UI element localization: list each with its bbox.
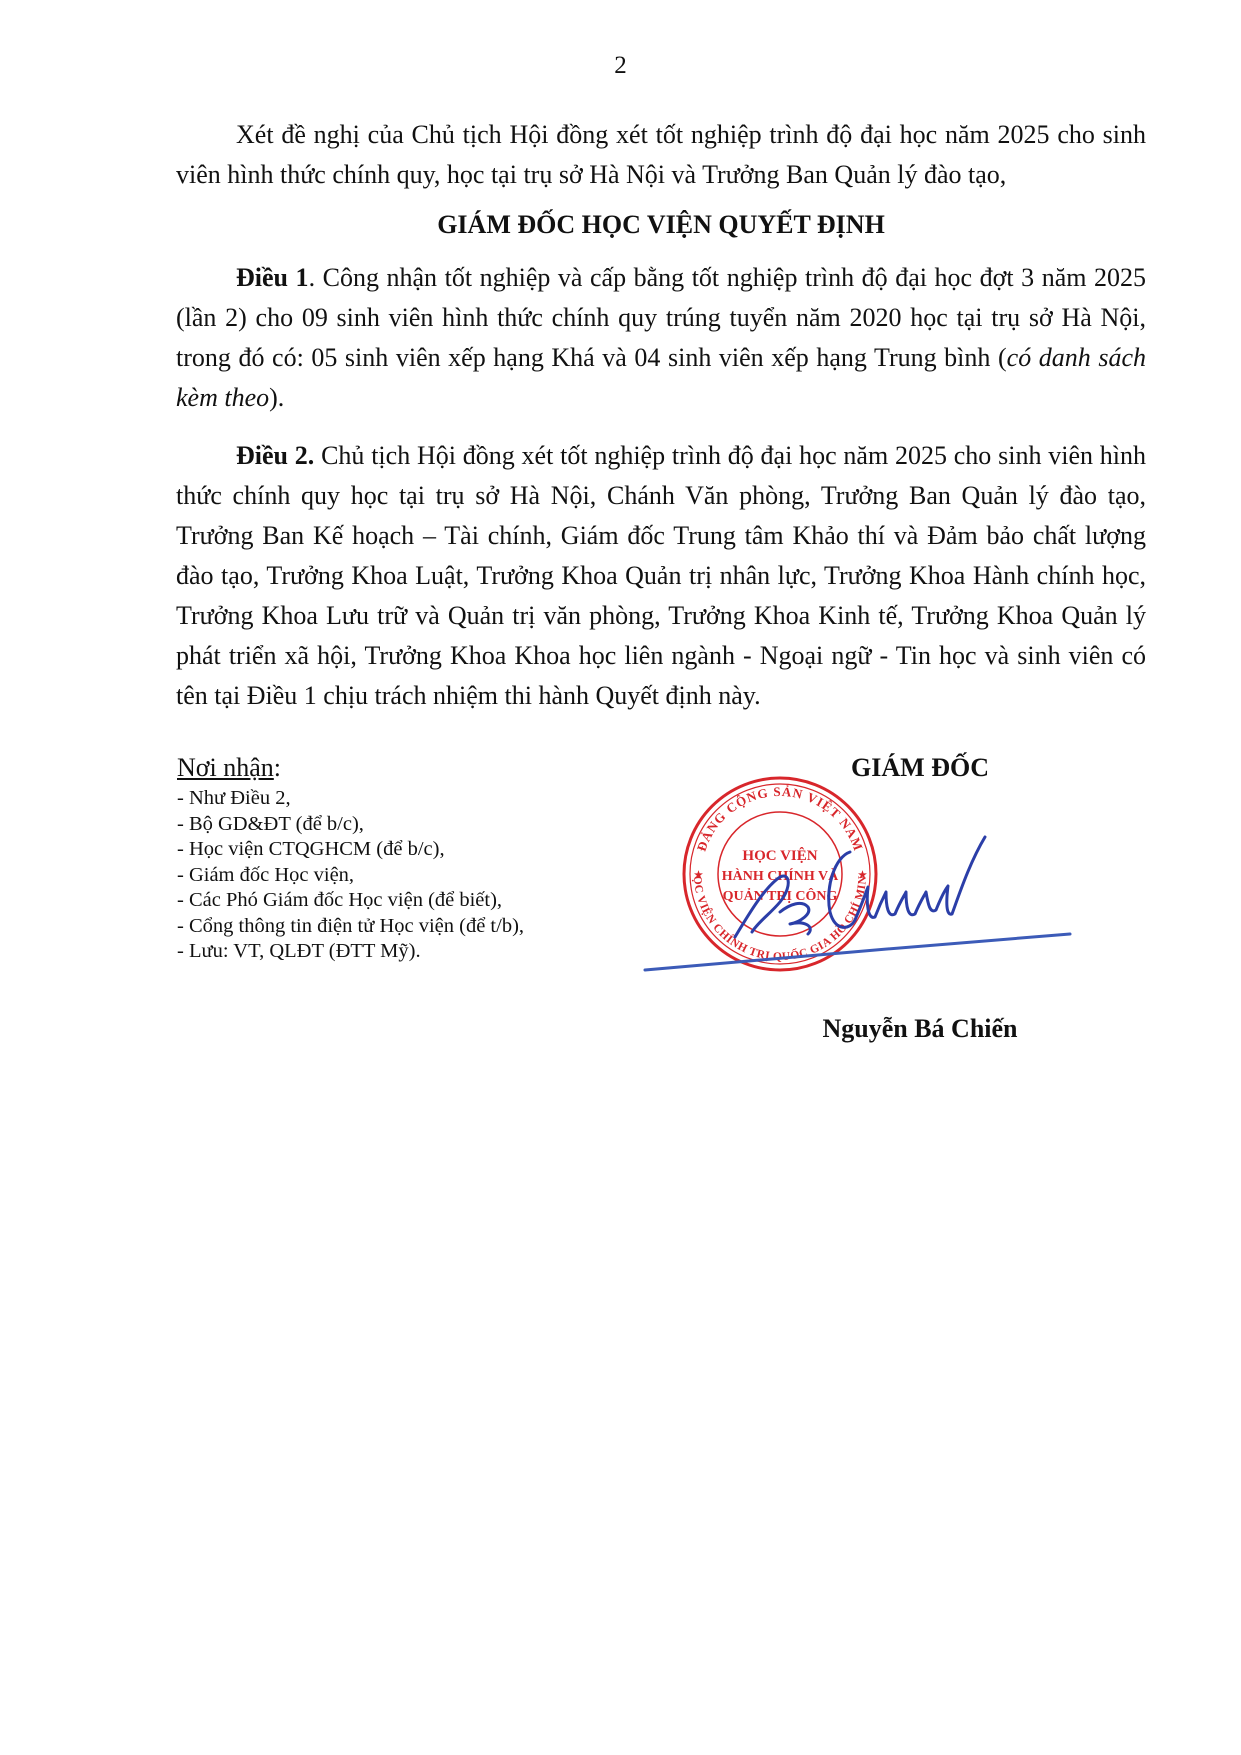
article-2-body: Chủ tịch Hội đồng xét tốt nghiệp trình đ…: [176, 441, 1146, 710]
signature-block: GIÁM ĐỐC ĐẢNG CỘNG SẢN VIỆT NAM HỌC VIỆN…: [640, 752, 1140, 1062]
recipients-block: Nơi nhận: - Như Điều 2, - Bộ GD&ĐT (để b…: [177, 752, 637, 965]
signature-icon: [640, 792, 1140, 992]
recipient-item: - Cổng thông tin điện tử Học viện (để t/…: [177, 914, 637, 940]
intro-paragraph: Xét đề nghị của Chủ tịch Hội đồng xét tố…: [176, 115, 1146, 195]
article-1-end: ).: [269, 383, 284, 412]
article-1: Điều 1. Công nhận tốt nghiệp và cấp bằng…: [176, 258, 1146, 418]
recipient-item: - Như Điều 2,: [177, 786, 637, 812]
intro-text: Xét đề nghị của Chủ tịch Hội đồng xét tố…: [176, 115, 1146, 195]
article-1-label: Điều 1: [236, 263, 309, 292]
recipients-list: - Như Điều 2, - Bộ GD&ĐT (để b/c), - Học…: [177, 786, 637, 965]
article-1-body: . Công nhận tốt nghiệp và cấp bằng tốt n…: [176, 263, 1146, 372]
decision-heading: GIÁM ĐỐC HỌC VIỆN QUYẾT ĐỊNH: [176, 210, 1146, 240]
page-number: 2: [0, 52, 1241, 80]
recipient-item: - Giám đốc Học viện,: [177, 863, 637, 889]
recipient-item: - Bộ GD&ĐT (để b/c),: [177, 812, 637, 838]
article-2-text: Điều 2. Chủ tịch Hội đồng xét tốt nghiệp…: [176, 436, 1146, 716]
recipient-item: - Học viện CTQGHCM (để b/c),: [177, 837, 637, 863]
recipients-title-label: Nơi nhận: [177, 753, 274, 782]
article-1-text: Điều 1. Công nhận tốt nghiệp và cấp bằng…: [176, 258, 1146, 418]
recipients-title: Nơi nhận:: [177, 752, 637, 784]
recipient-item: - Lưu: VT, QLĐT (ĐTT Mỹ).: [177, 939, 637, 965]
article-2: Điều 2. Chủ tịch Hội đồng xét tốt nghiệp…: [176, 436, 1146, 716]
article-2-label: Điều 2.: [236, 441, 314, 470]
signer-name: Nguyễn Bá Chiến: [640, 1014, 1140, 1044]
recipients-title-colon: :: [274, 753, 281, 782]
recipient-item: - Các Phó Giám đốc Học viện (để biết),: [177, 888, 637, 914]
